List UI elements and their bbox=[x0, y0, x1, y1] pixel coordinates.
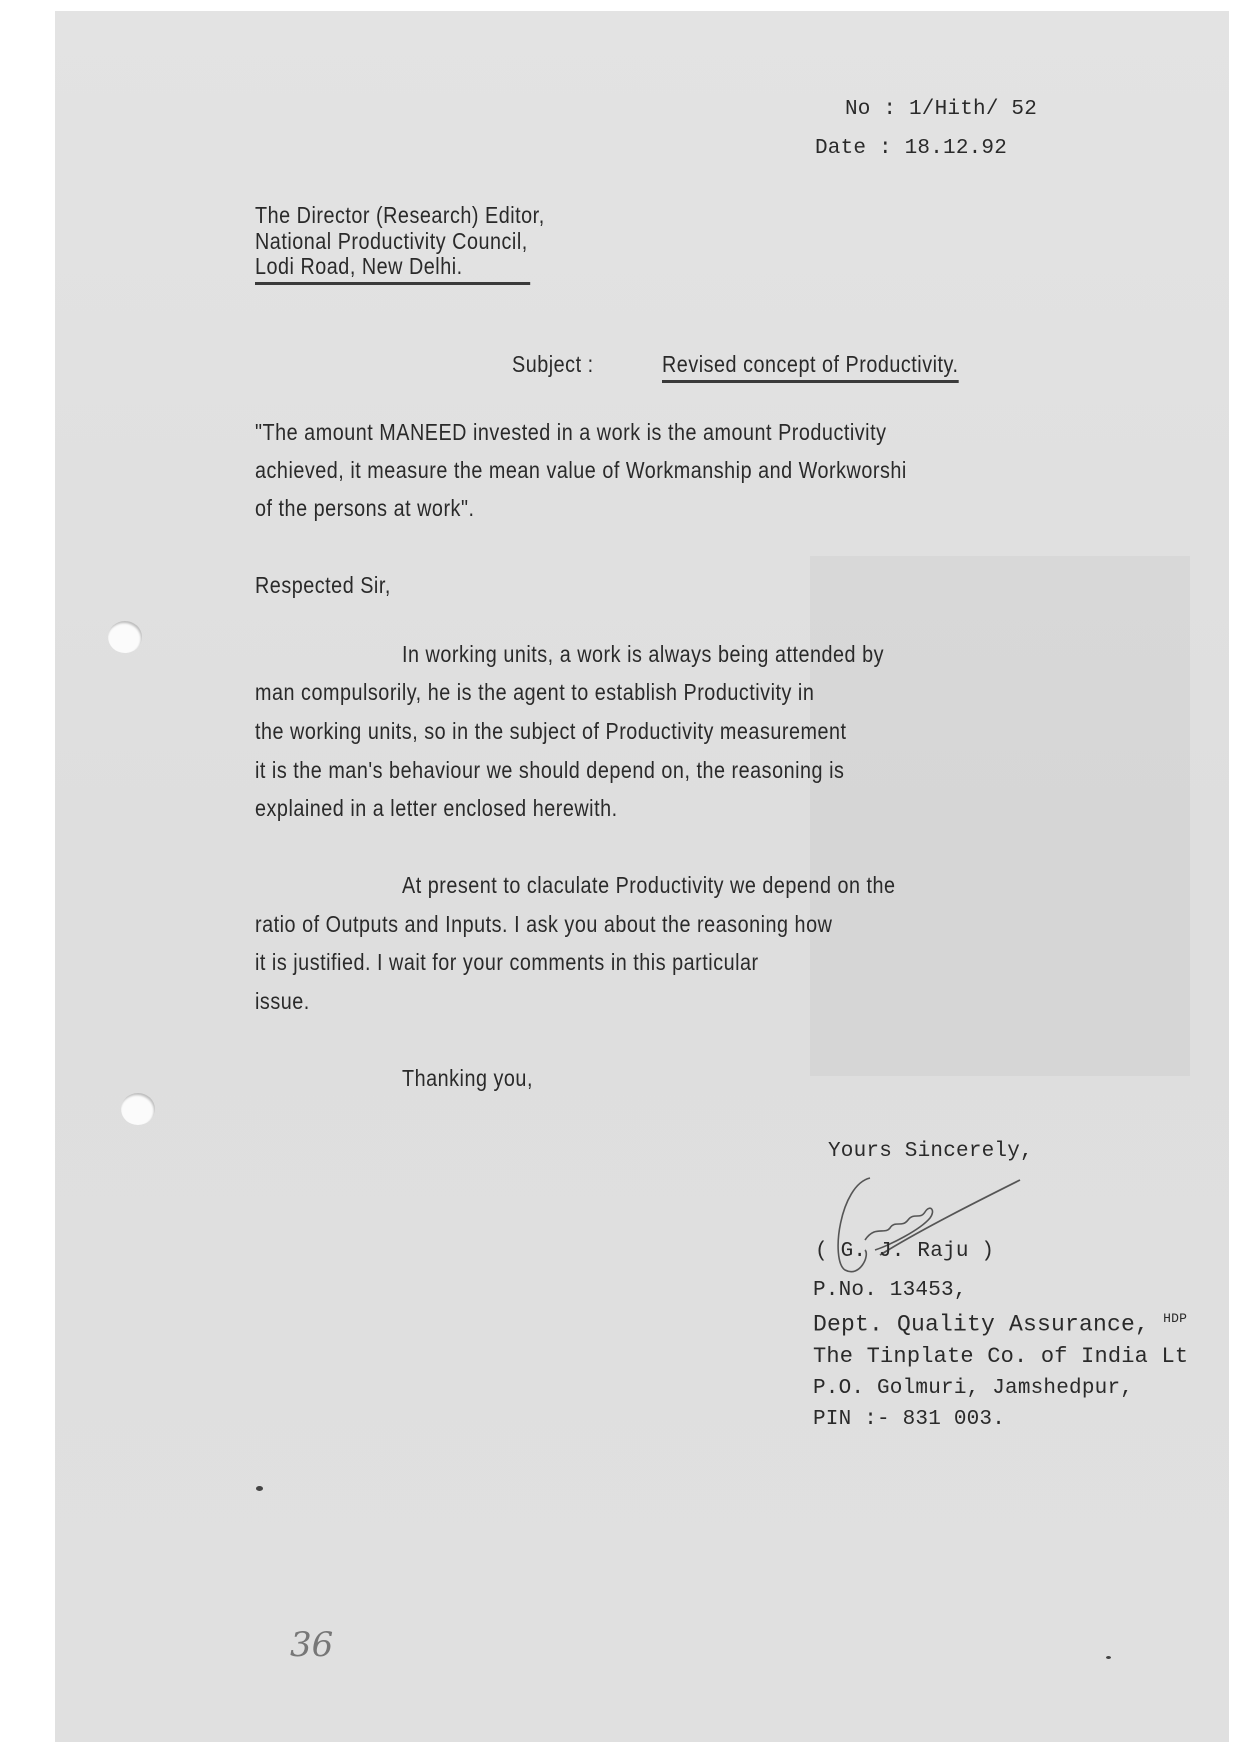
quote-line: "The amount MANEED invested in a work is… bbox=[255, 419, 887, 446]
page-number: 36 bbox=[290, 1625, 333, 1665]
bleed-through-form bbox=[810, 556, 1190, 1076]
department: Dept. Quality Assurance, HDP bbox=[813, 1311, 1187, 1338]
recipient-line-3: Lodi Road, New Delhi. bbox=[255, 253, 530, 285]
subject-label: Subject : bbox=[512, 351, 594, 378]
body-line: ratio of Outputs and Inputs. I ask you a… bbox=[255, 911, 832, 938]
recipient-line-2: National Productivity Council, bbox=[255, 228, 528, 255]
body-line: the working units, so in the subject of … bbox=[255, 718, 847, 745]
letter-date: Date : 18.12.92 bbox=[815, 137, 1007, 160]
body-line: issue. bbox=[255, 988, 310, 1015]
recipient-line-1: The Director (Research) Editor, bbox=[255, 202, 545, 229]
body-line: explained in a letter enclosed herewith. bbox=[255, 795, 618, 822]
quote-line: achieved, it measure the mean value of W… bbox=[255, 457, 907, 484]
reference-number: No : 1/Hith/ 52 bbox=[845, 98, 1037, 121]
body-line: it is justified. I wait for your comment… bbox=[255, 949, 759, 976]
department-name: Dept. Quality Assurance, bbox=[813, 1312, 1149, 1338]
body-line: it is the man's behaviour we should depe… bbox=[255, 757, 844, 784]
pin-code: PIN :- 831 003. bbox=[813, 1408, 1005, 1431]
punch-hole-bottom bbox=[121, 1093, 155, 1125]
body-line: At present to claculate Productivity we … bbox=[402, 872, 896, 899]
handwritten-signature bbox=[830, 1170, 1030, 1280]
body-line: In working units, a work is always being… bbox=[402, 641, 884, 668]
quote-line: of the persons at work". bbox=[255, 495, 475, 522]
thanks-line: Thanking you, bbox=[402, 1065, 533, 1092]
department-suffix: HDP bbox=[1163, 1311, 1187, 1326]
ink-speck bbox=[256, 1486, 263, 1491]
personnel-number: P.No. 13453, bbox=[813, 1279, 967, 1302]
ink-speck bbox=[1106, 1656, 1111, 1659]
punch-hole-top bbox=[108, 621, 142, 653]
subject-text: Revised concept of Productivity. bbox=[662, 351, 958, 383]
signatory-name: ( G. J. Raju ) bbox=[815, 1240, 994, 1263]
post-office: P.O. Golmuri, Jamshedpur, bbox=[813, 1377, 1133, 1400]
valediction: Yours Sincerely, bbox=[828, 1140, 1033, 1163]
company-name: The Tinplate Co. of India Lt bbox=[813, 1344, 1188, 1369]
body-line: man compulsorily, he is the agent to est… bbox=[255, 679, 814, 706]
salutation: Respected Sir, bbox=[255, 572, 391, 599]
